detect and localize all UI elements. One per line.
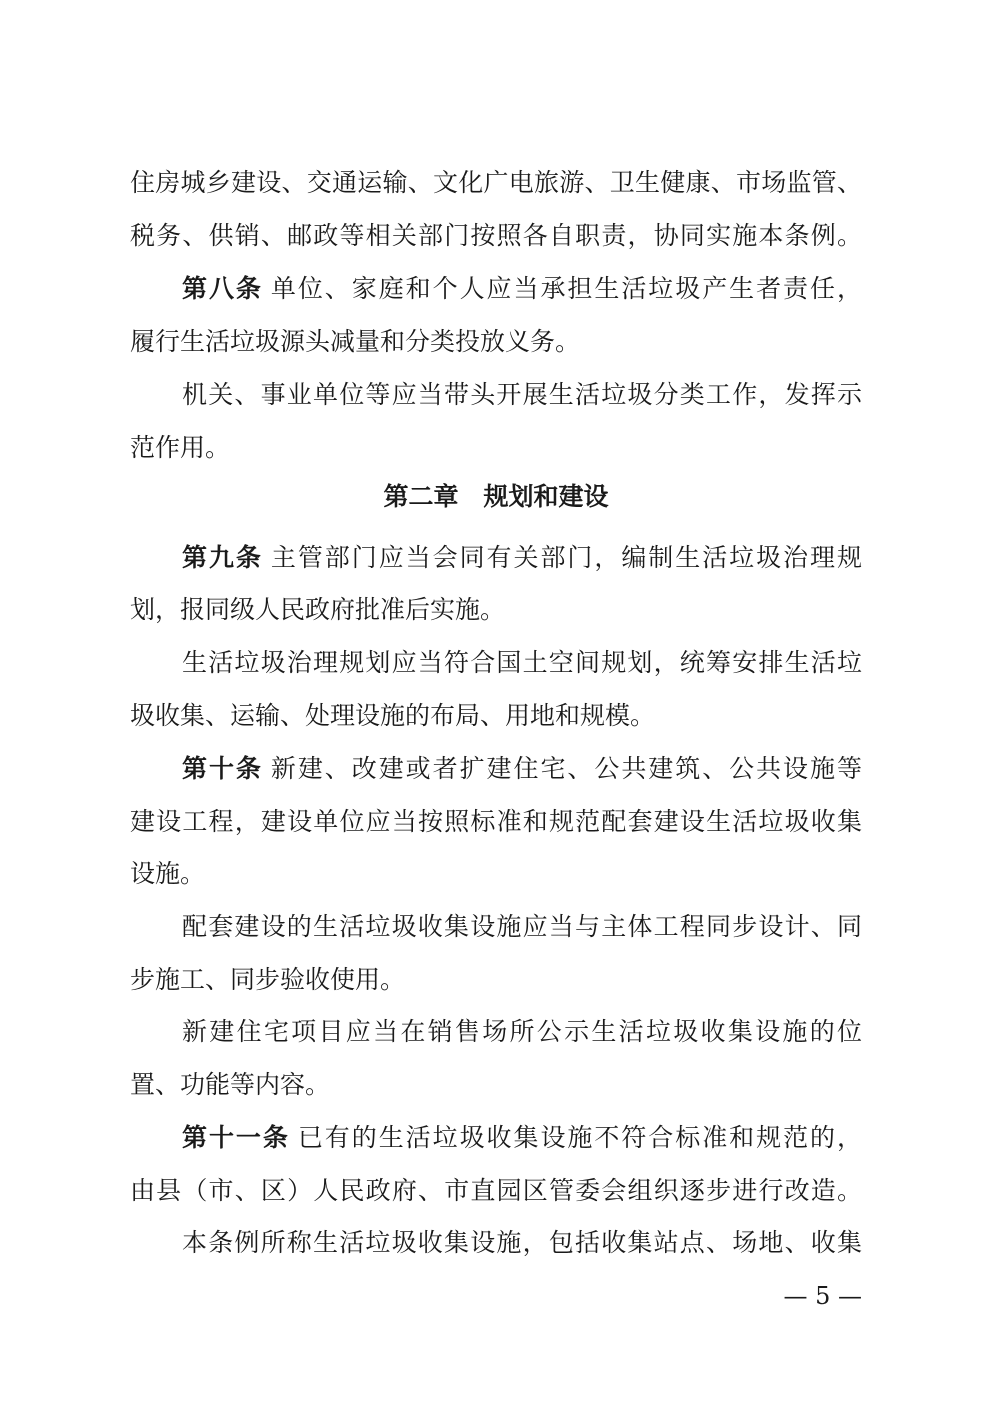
- text-line: 住房城乡建设、交通运输、文化广电旅游、卫生健康、市场监管、: [130, 165, 862, 201]
- text-line: 生活垃圾治理规划应当符合国土空间规划，统筹安排生活垃: [182, 645, 862, 681]
- article-text: 新建、改建或者扩建住宅、公共建筑、公共设施等: [271, 754, 862, 783]
- text-line: 划，报同级人民政府批准后实施。: [130, 592, 862, 628]
- text-line: 设施。: [130, 856, 862, 892]
- text-line: 配套建设的生活垃圾收集设施应当与主体工程同步设计、同: [182, 909, 862, 945]
- article-text: 主管部门应当会同有关部门，编制生活垃圾治理规: [271, 543, 862, 572]
- article-label: 第十条: [182, 754, 263, 783]
- page-number: — 5 —: [770, 1278, 862, 1314]
- article-label: 第九条: [182, 543, 263, 572]
- text-line: 本条例所称生活垃圾收集设施，包括收集站点、场地、收集: [182, 1225, 862, 1261]
- text-line: 范作用。: [130, 430, 862, 466]
- chapter-heading: 第二章 规划和建设: [130, 479, 862, 515]
- text-line: 机关、事业单位等应当带头开展生活垃圾分类工作，发挥示: [182, 377, 862, 413]
- text-line: 税务、供销、邮政等相关部门按照各自职责，协同实施本条例。: [130, 218, 862, 254]
- text-line: 由县（市、区）人民政府、市直园区管委会组织逐步进行改造。: [130, 1173, 862, 1209]
- article-10-line: 第十条新建、改建或者扩建住宅、公共建筑、公共设施等: [182, 751, 862, 787]
- article-text: 单位、家庭和个人应当承担生活垃圾产生者责任，: [271, 274, 862, 303]
- text-line: 步施工、同步验收使用。: [130, 962, 862, 998]
- text-line: 圾收集、运输、处理设施的布局、用地和规模。: [130, 698, 862, 734]
- text-line: 置、功能等内容。: [130, 1067, 862, 1103]
- article-label: 第八条: [182, 274, 263, 303]
- article-text: 已有的生活垃圾收集设施不符合标准和规范的，: [298, 1123, 862, 1152]
- text-line: 建设工程，建设单位应当按照标准和规范配套建设生活垃圾收集: [130, 804, 862, 840]
- article-9-line: 第九条主管部门应当会同有关部门，编制生活垃圾治理规: [182, 540, 862, 576]
- article-11-line: 第十一条已有的生活垃圾收集设施不符合标准和规范的，: [182, 1120, 862, 1156]
- article-label: 第十一条: [182, 1123, 290, 1152]
- text-line: 新建住宅项目应当在销售场所公示生活垃圾收集设施的位: [182, 1014, 862, 1050]
- article-8-line: 第八条单位、家庭和个人应当承担生活垃圾产生者责任，: [182, 271, 862, 307]
- text-line: 履行生活垃圾源头减量和分类投放义务。: [130, 324, 862, 360]
